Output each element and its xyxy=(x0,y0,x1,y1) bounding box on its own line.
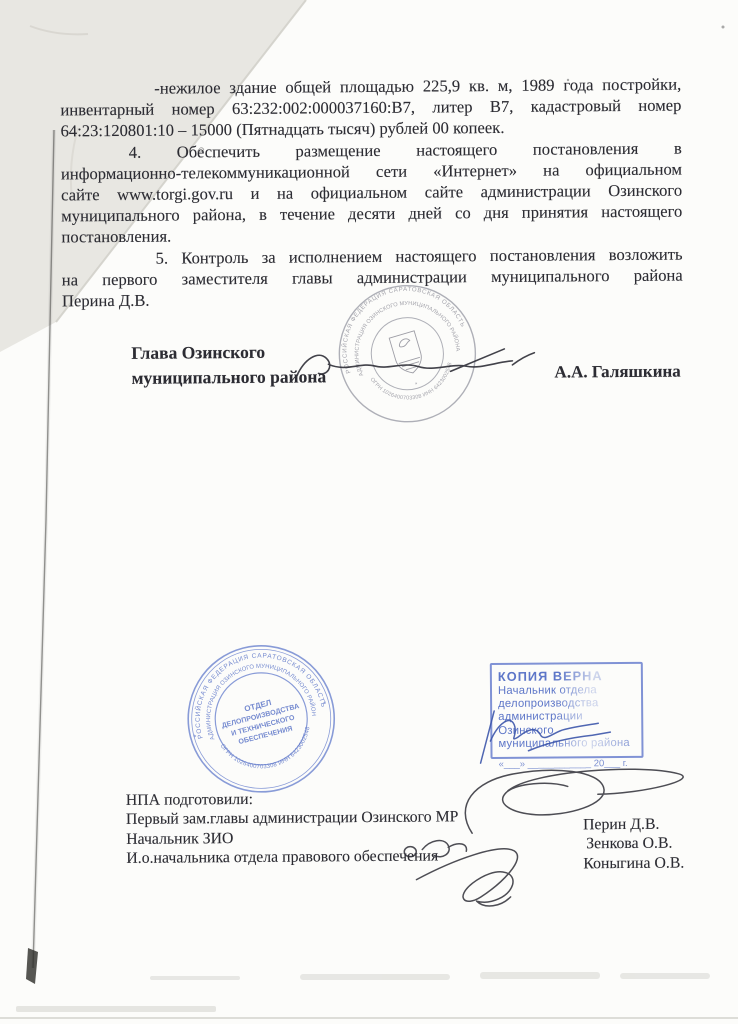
preparer-role: И.о.начальника отдела правового обеспече… xyxy=(126,846,459,868)
copy-stamp-line: администрации Озинского xyxy=(498,710,635,737)
preparer-name: Перин Д.В. xyxy=(583,815,684,835)
official-seal: РОССИЙСКАЯ ФЕДЕРАЦИЯ САРАТОВСКАЯ ОБЛАСТЬ… xyxy=(332,281,483,426)
preparer-name: Коныгина О.В. xyxy=(583,853,684,873)
copy-stamp-line: делопроизводства xyxy=(498,697,635,711)
copy-verna-stamp: КОПИЯ ВЕРНА Начальник отдела делопроизво… xyxy=(490,662,644,759)
signer-title-line1: Глава Озинского xyxy=(131,339,326,366)
scanned-document-page: -нежилое здание общей площадью 225,9 кв.… xyxy=(0,0,738,1024)
copy-stamp-line: Начальник отдела xyxy=(498,684,635,698)
preparer-role: Начальник ЗИО xyxy=(126,827,459,849)
stamp-star-left: * xyxy=(193,733,198,742)
page-content: -нежилое здание общей площадью 225,9 кв.… xyxy=(0,0,738,1024)
preparers-title: НПА подготовили: xyxy=(126,788,459,810)
blue-round-stamp: РОССИЙСКАЯ ФЕДЕРАЦИЯ САРАТОВСКАЯ ОБЛАСТЬ… xyxy=(183,640,340,797)
signer-name: А.А. Галяшкина xyxy=(554,362,680,383)
coat-of-arms-shield-icon xyxy=(389,331,425,377)
signer-title: Глава Озинского муниципального района xyxy=(131,339,326,391)
copy-stamp-line: муниципального района xyxy=(498,737,635,751)
signer-title-line2: муниципального района xyxy=(131,364,326,391)
copy-stamp-date-line: «___» ____________ 20___ г. xyxy=(499,758,636,770)
copy-stamp-title: КОПИЯ ВЕРНА xyxy=(498,668,635,684)
preparer-role: Первый зам.главы администрации Озинского… xyxy=(126,808,459,830)
document-body-text: -нежилое здание общей площадью 225,9 кв.… xyxy=(60,74,683,312)
preparers-block: НПА подготовили: Первый зам.главы админи… xyxy=(126,788,459,868)
preparer-name: Зенкова О.В. xyxy=(583,834,684,854)
preparer-names: Перин Д.В. Зенкова О.В. Коныгина О.В. xyxy=(583,815,684,874)
